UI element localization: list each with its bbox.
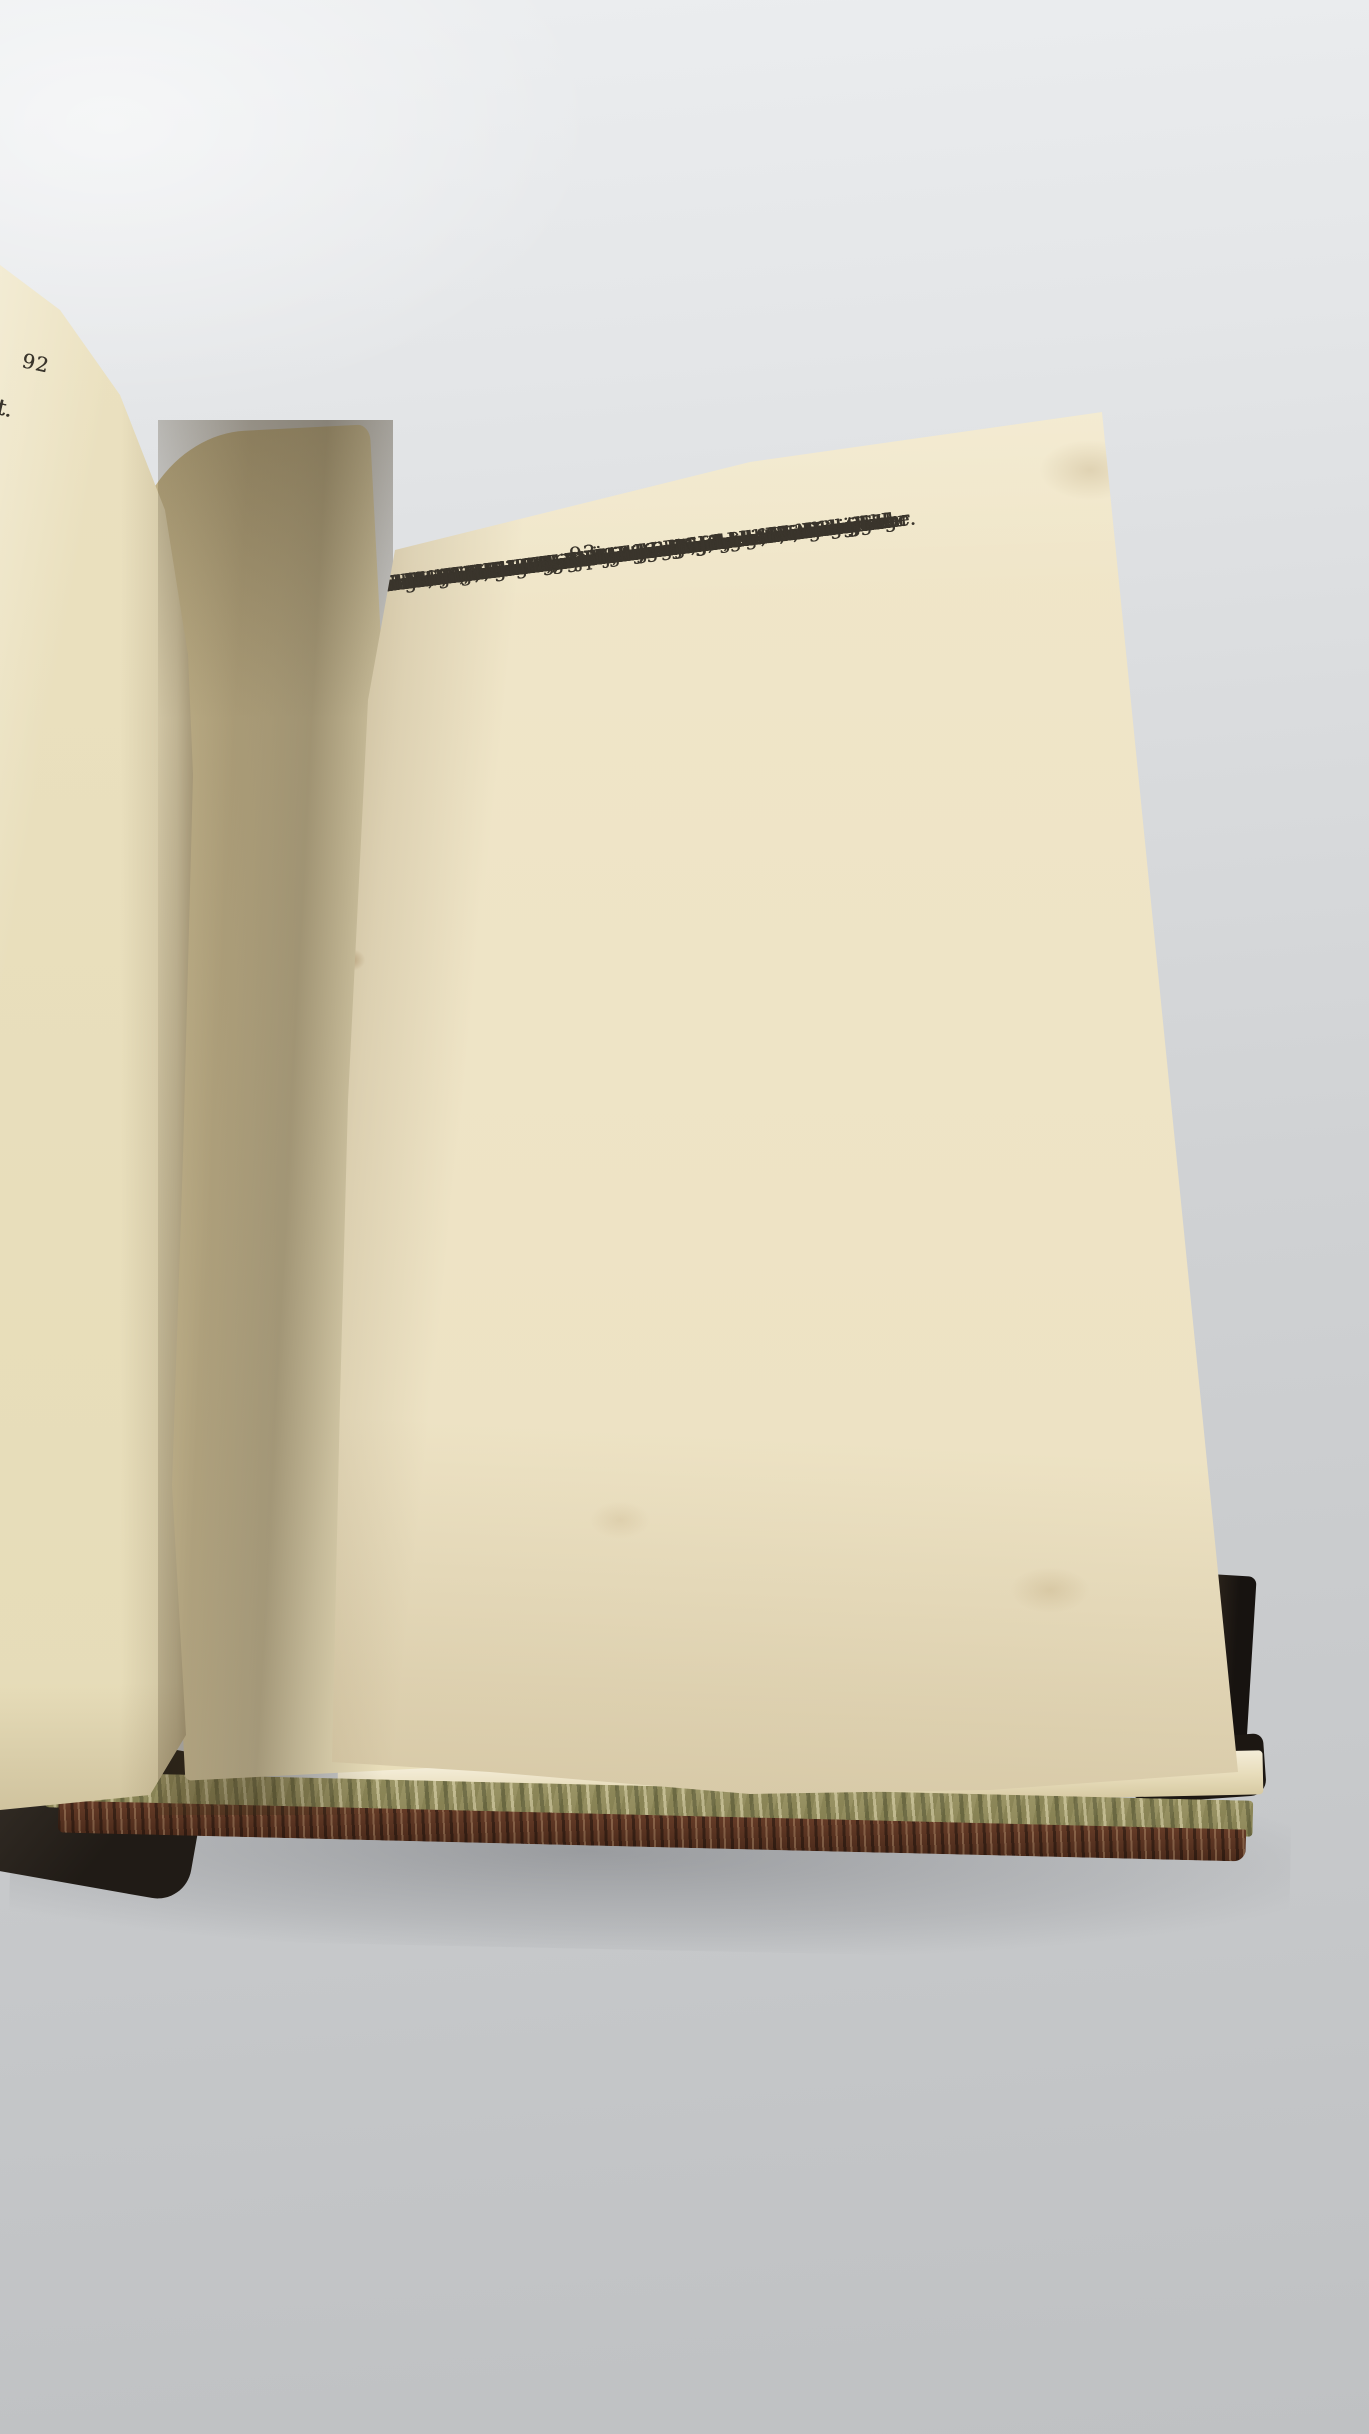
book-photograph: 92 wenn es einmal inser einen Trost, als… xyxy=(0,0,1369,2434)
left-page-number: 92 xyxy=(20,348,52,377)
right-page-text-block: 93 und lese zwölf Stunden Collegia, sons… xyxy=(370,483,1045,568)
right-page-text-line: und sich über alles Neuangeschaffte verw… xyxy=(370,499,917,604)
right-page-text-lines: und lese zwölf Stunden Collegia, sonst h… xyxy=(370,483,1045,568)
